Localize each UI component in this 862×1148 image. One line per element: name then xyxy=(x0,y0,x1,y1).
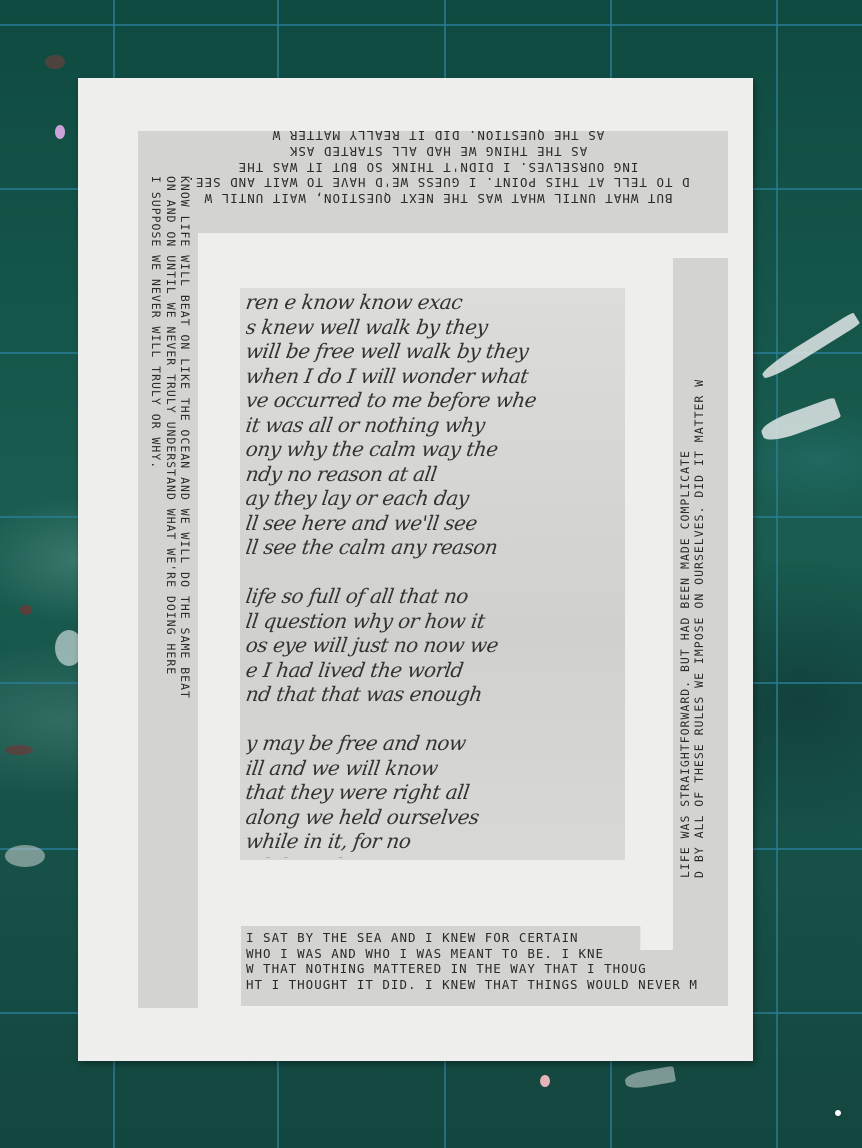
cursive-line: nd that that was enough xyxy=(246,682,624,707)
cursive-line: while in it, for no xyxy=(246,829,624,854)
handwriting-line: D BY ALL OF THESE RULES WE IMPOSE ON OUR… xyxy=(692,258,706,878)
cursive-line: along we held ourselves xyxy=(246,805,624,830)
mat-grid-line xyxy=(776,0,778,1148)
handwriting-line: KNOW LIFE WILL BEAT ON LIKE THE OCEAN AN… xyxy=(178,176,192,996)
cursive-line: ll question why or how it xyxy=(246,609,624,634)
cursive-line: it was all or nothing why xyxy=(246,413,624,438)
cursive-line: e I had lived the world xyxy=(246,658,624,683)
paint-splatter xyxy=(55,125,65,139)
mat-grid-line xyxy=(0,24,862,26)
cursive-line: ren e know know exac xyxy=(246,290,624,315)
cursive-line: s knew well walk by they xyxy=(246,315,624,340)
artwork-paper: BUT WHAT UNTIL WHAT WAS THE NEXT QUESTIO… xyxy=(78,78,753,1061)
right-handwriting-column: LIFE WAS STRAIGHTFORWARD. BUT HAD BEEN M… xyxy=(678,258,728,878)
handwriting-line: BUT WHAT UNTIL WHAT WAS THE NEXT QUESTIO… xyxy=(148,191,728,207)
cursive-line: y may be free and now xyxy=(246,731,624,756)
cursive-line: ill and we will know xyxy=(246,756,624,781)
cursive-line: ndy no reason at all xyxy=(246,462,624,487)
handwriting-line: I SAT BY THE SEA AND I KNEW FOR CERTAIN xyxy=(246,930,726,946)
paint-splatter xyxy=(835,1110,841,1116)
paint-splatter xyxy=(5,845,45,867)
handwriting-line: I SUPPOSE WE NEVER WILL TRULY OR WHY. xyxy=(149,176,163,996)
paint-splatter xyxy=(45,55,65,69)
handwriting-line: D TO TELL AT THIS POINT. I GUESS WE'D HA… xyxy=(148,175,728,191)
cursive-line: while nothing on we xyxy=(246,854,624,859)
cursive-line: ay they lay or each day xyxy=(246,486,624,511)
cursive-line: ll see the calm any reason xyxy=(246,535,624,560)
paint-splatter xyxy=(20,605,32,615)
cursive-line: ve occurred to me before whe xyxy=(246,388,624,413)
handwriting-line: W THAT NOTHING MATTERED IN THE WAY THAT … xyxy=(246,961,726,977)
cursive-line xyxy=(246,707,624,732)
paint-splatter xyxy=(540,1075,550,1087)
handwriting-line: AS THE QUESTION. DID IT REALLY MATTER W xyxy=(148,128,728,144)
paint-splatter xyxy=(5,745,33,755)
cursive-line: that they were right all xyxy=(246,780,624,805)
cursive-handwriting-block: ren e know know exac s knew well walk by… xyxy=(246,290,624,858)
cursive-line: will be free well walk by they xyxy=(246,339,624,364)
handwriting-line: ON AND ON UNTIL WE NEVER TRULY UNDERSTAN… xyxy=(163,176,177,996)
cursive-line: when I do I will wonder what xyxy=(246,364,624,389)
bottom-handwriting-block: I SAT BY THE SEA AND I KNEW FOR CERTAIN … xyxy=(246,930,726,993)
cursive-line: life so full of all that no xyxy=(246,584,624,609)
handwriting-line: HT I THOUGHT IT DID. I KNEW THAT THINGS … xyxy=(246,977,726,993)
left-handwriting-column: KNOW LIFE WILL BEAT ON LIKE THE OCEAN AN… xyxy=(132,176,192,996)
cursive-line: ll see here and we'll see xyxy=(246,511,624,536)
handwriting-line: AS THE THING WE HAD ALL STARTED ASK xyxy=(148,144,728,160)
cursive-line: ony why the calm way the xyxy=(246,437,624,462)
cursive-line xyxy=(246,560,624,585)
top-handwriting-block: BUT WHAT UNTIL WHAT WAS THE NEXT QUESTIO… xyxy=(148,128,728,206)
handwriting-line: LIFE WAS STRAIGHTFORWARD. BUT HAD BEEN M… xyxy=(678,258,692,878)
handwriting-line: ING OURSELVES. I DIDN'T THINK SO BUT IT … xyxy=(148,159,728,175)
cursive-line: os eye will just no now we xyxy=(246,633,624,658)
handwriting-line: WHO I WAS AND WHO I WAS MEANT TO BE. I K… xyxy=(246,946,726,962)
